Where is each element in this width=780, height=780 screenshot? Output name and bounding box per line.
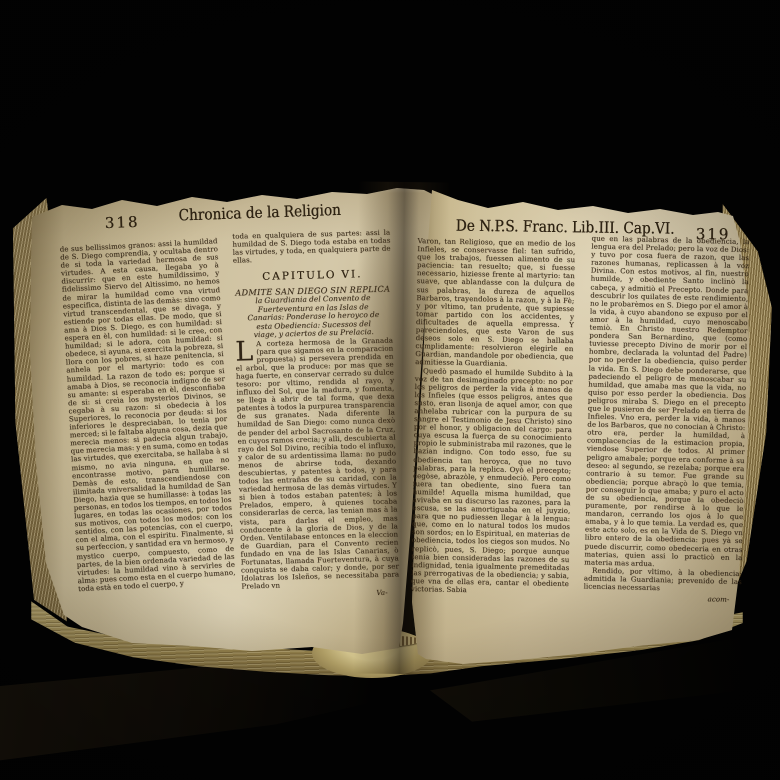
left-page-text: 318 Chronica de la Religion de sus belli…: [50, 190, 438, 673]
chapter-heading: CAPITULO VI.: [233, 270, 391, 282]
paragraph: Quedò pasmado el humilde Subdito à la vo…: [411, 367, 573, 597]
paragraph-with-dropcap: LA corteza hermosa de la Granada (para q…: [235, 336, 400, 591]
right-column-1: Varon, tan Religioso, que en medio de lo…: [411, 237, 576, 596]
paragraph: Rendido, por vltimo, à la obediencia; ad…: [584, 566, 743, 594]
paragraph: toda en qualquiera de sus partes: assi l…: [232, 229, 391, 265]
left-column-2: toda en qualquiera de sus partes: assi l…: [232, 229, 400, 602]
right-running-title: De N.P.S. Franc. Lib.III. Cap.VI.: [456, 217, 675, 238]
paragraph: de sus bellissimos granos: assi la humil…: [59, 237, 236, 593]
catchword: Va-: [242, 589, 400, 601]
chapter-argument: la Guardiania del Convento de Fuertevent…: [234, 294, 393, 340]
catchword: acom-: [583, 593, 741, 605]
right-column-2: que en las palabras de la obediencia, la…: [583, 235, 749, 605]
left-running-title: Chronica de la Religion: [178, 201, 341, 225]
paragraph: Varon, tan Religioso, que en medio de lo…: [415, 237, 575, 370]
paragraph: que en las palabras de la obediencia, la…: [584, 235, 749, 570]
drop-cap-initial: L: [235, 341, 254, 363]
book-photograph: 318 Chronica de la Religion de sus belli…: [0, 0, 780, 780]
right-page-text: De N.P.S. Franc. Lib.III. Cap.VI. 319 Va…: [405, 206, 778, 681]
left-page-number: 318: [104, 213, 139, 232]
left-column-1: de sus bellissimos granos: assi la humil…: [59, 237, 236, 593]
paragraph-text: A corteza hermosa de la Granada (para qu…: [236, 336, 400, 591]
